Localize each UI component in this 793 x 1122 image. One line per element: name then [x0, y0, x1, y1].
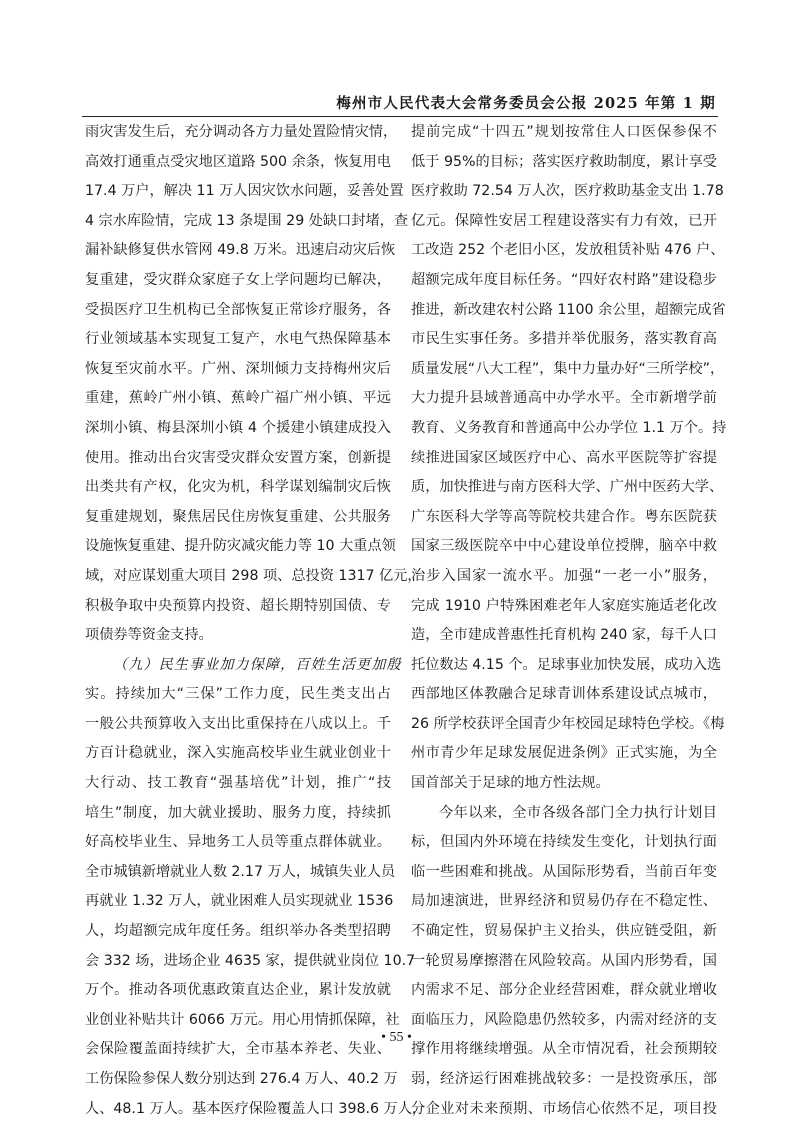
- text-line: 工改造 252 个老旧小区，发放租赁补贴 476 户、: [411, 236, 717, 266]
- text-line: 州市青少年足球发展促进条例》正式实施，为全: [411, 739, 717, 769]
- text-line: 高效打通重点受灾地区道路 500 余条，恢复用电: [85, 148, 391, 178]
- text-line: 漏补缺修复供水管网 49.8 万米。迅速启动灾后恢: [85, 236, 391, 266]
- text-line: 设施恢复重建、提升防灾减灾能力等 10 大重点领: [85, 532, 391, 562]
- text-line: 低于 95%的目标；落实医疗救助制度，累计享受: [411, 148, 717, 178]
- text-line: 标，但国内外环境在持续发生变化，计划执行面: [411, 828, 717, 858]
- text-line: 教育、义务教育和普通高中公办学位 1.1 万个。持: [411, 414, 717, 444]
- page-number: • 55 •: [0, 1030, 793, 1046]
- text-line: 复重建，受灾群众家庭子女上学问题均已解决，: [85, 266, 391, 296]
- text-line: 西部地区体教融合足球青训体系建设试点城市，: [411, 680, 717, 710]
- text-line: 使用。推动出台灾害受灾群众安置方案，创新提: [85, 444, 391, 474]
- text-line: 国首部关于足球的地方性法规。: [411, 769, 717, 799]
- text-line: 工伤保险参保人数分别达到 276.4 万人、40.2 万: [85, 1065, 391, 1095]
- text-line: 推进，新改建农村公路 1100 余公里，超额完成省: [411, 296, 717, 326]
- text-line: 域，对应谋划重大项目 298 项、总投资 1317 亿元，: [85, 562, 391, 592]
- text-line: 重建，蕉岭广州小镇、蕉岭广福广州小镇、平远: [85, 384, 391, 414]
- paragraph-start: 今年以来，全市各级各部门全力执行计划目: [411, 799, 717, 829]
- text-line: 国家三级医院卒中中心建设单位授牌，脑卒中救: [411, 532, 717, 562]
- text-line: 完成 1910 户特殊困难老年人家庭实施适老化改: [411, 592, 717, 622]
- text-line: 好高校毕业生、异地务工人员等重点群体就业。: [85, 828, 391, 858]
- text-line: 恢复至灾前水平。广州、深圳倾力支持梅州灾后: [85, 355, 391, 385]
- text-line: 方百计稳就业，深入实施高校毕业生就业创业十: [85, 739, 391, 769]
- text-line: 广东医科大学等高等院校共建合作。粤东医院获: [411, 503, 717, 533]
- text-line: 4 宗水库险情，完成 13 条堤围 29 处缺口封堵，查: [85, 207, 391, 237]
- text-line: 人，均超额完成年度任务。组织举办各类型招聘: [85, 917, 391, 947]
- text-line: 出类共有产权，化灾为机，科学谋划编制灾后恢: [85, 473, 391, 503]
- text-line: 市民生实事任务。多措并举优服务，落实教育高: [411, 325, 717, 355]
- text-line: 培生”制度，加大就业援助、服务力度，持续抓: [85, 799, 391, 829]
- text-line: 一轮贸易摩擦潜在风险较高。从国内形势看，国: [411, 947, 717, 977]
- text-line: 临一些困难和挑战。从国际形势看，当前百年变: [411, 858, 717, 888]
- text-line: 大行动、技工教育“强基培优”计划，推广“技: [85, 769, 391, 799]
- text-line: 会 332 场，进场企业 4635 家，提供就业岗位 10.7: [85, 947, 391, 977]
- text-line: 提前完成“十四五”规划按常住人口医保参保不: [411, 118, 717, 148]
- text-line: 人、48.1 万人。基本医疗保险覆盖人口 398.6 万人，: [85, 1095, 391, 1122]
- text-line: 深圳小镇、梅县深圳小镇 4 个援建小镇建成投入: [85, 414, 391, 444]
- section-heading-9: （九）民生事业加力保障，百姓生活更加殷: [85, 651, 391, 681]
- page-header: 梅州市人民代表大会常务委员会公报 2025 年第 1 期: [82, 90, 718, 117]
- text-line: 大力提升县域普通高中办学水平。全市新增学前: [411, 384, 717, 414]
- text-line: 超额完成年度目标任务。“四好农村路”建设稳步: [411, 266, 717, 296]
- text-line: 行业领域基本实现复工复产，水电气热保障基本: [85, 325, 391, 355]
- text-line: 内需求不足、部分企业经营困难，群众就业增收: [411, 976, 717, 1006]
- left-column: 雨灾害发生后，充分调动各方力量处置险情灾情， 高效打通重点受灾地区道路 500 …: [85, 118, 391, 1122]
- text-line: 质，加快推进与南方医科大学、广州中医药大学、: [411, 473, 717, 503]
- text-line: 续推进国家区域医疗中心、高水平医院等扩容提: [411, 444, 717, 474]
- text-line: 复重建规划，聚焦居民住房恢复重建、公共服务: [85, 503, 391, 533]
- publication-title: 梅州市人民代表大会常务委员会公报 2025 年第 1 期: [336, 92, 716, 113]
- text-line: 一般公共预算收入支出比重保持在八成以上。千: [85, 710, 391, 740]
- text-line: 分企业对未来预期、市场信心依然不足，项目投: [411, 1095, 717, 1122]
- text-line: 亿元。保障性安居工程建设落实有力有效，已开: [411, 207, 717, 237]
- text-line: 造，全市建成普惠性托育机构 240 家，每千人口: [411, 621, 717, 651]
- text-line: 26 所学校获评全国青少年校园足球特色学校。《梅: [411, 710, 717, 740]
- text-line: 雨灾害发生后，充分调动各方力量处置险情灾情，: [85, 118, 391, 148]
- text-line: 医疗救助 72.54 万人次，医疗救助基金支出 1.78: [411, 177, 717, 207]
- text-line: 托位数达 4.15 个。足球事业加快发展，成功入选: [411, 651, 717, 681]
- text-line: 受损医疗卫生机构已全部恢复正常诊疗服务，各: [85, 296, 391, 326]
- text-line: 积极争取中央预算内投资、超长期特别国债、专: [85, 592, 391, 622]
- right-column: 提前完成“十四五”规划按常住人口医保参保不 低于 95%的目标；落实医疗救助制度…: [411, 118, 717, 1122]
- text-line: 万个。推动各项优惠政策直达企业，累计发放就: [85, 976, 391, 1006]
- text-line: 17.4 万户，解决 11 万人因灾饮水问题，妥善处置: [85, 177, 391, 207]
- text-line: 项债券等资金支持。: [85, 621, 391, 651]
- text-line: 质量发展“八大工程”，集中力量办好“三所学校”，: [411, 355, 717, 385]
- text-line: 不确定性，贸易保护主义抬头，供应链受阻，新: [411, 917, 717, 947]
- text-line: 再就业 1.32 万人，就业困难人员实现就业 1536: [85, 887, 391, 917]
- text-line: 全市城镇新增就业人数 2.17 万人，城镇失业人员: [85, 858, 391, 888]
- text-line: 弱，经济运行困难挑战较多：一是投资承压，部: [411, 1065, 717, 1095]
- text-line: 实。持续加大“三保”工作力度，民生类支出占: [85, 680, 391, 710]
- text-line: 治步入国家一流水平。加强“一老一小”服务，: [411, 562, 717, 592]
- text-line: 局加速演进，世界经济和贸易仍存在不稳定性、: [411, 887, 717, 917]
